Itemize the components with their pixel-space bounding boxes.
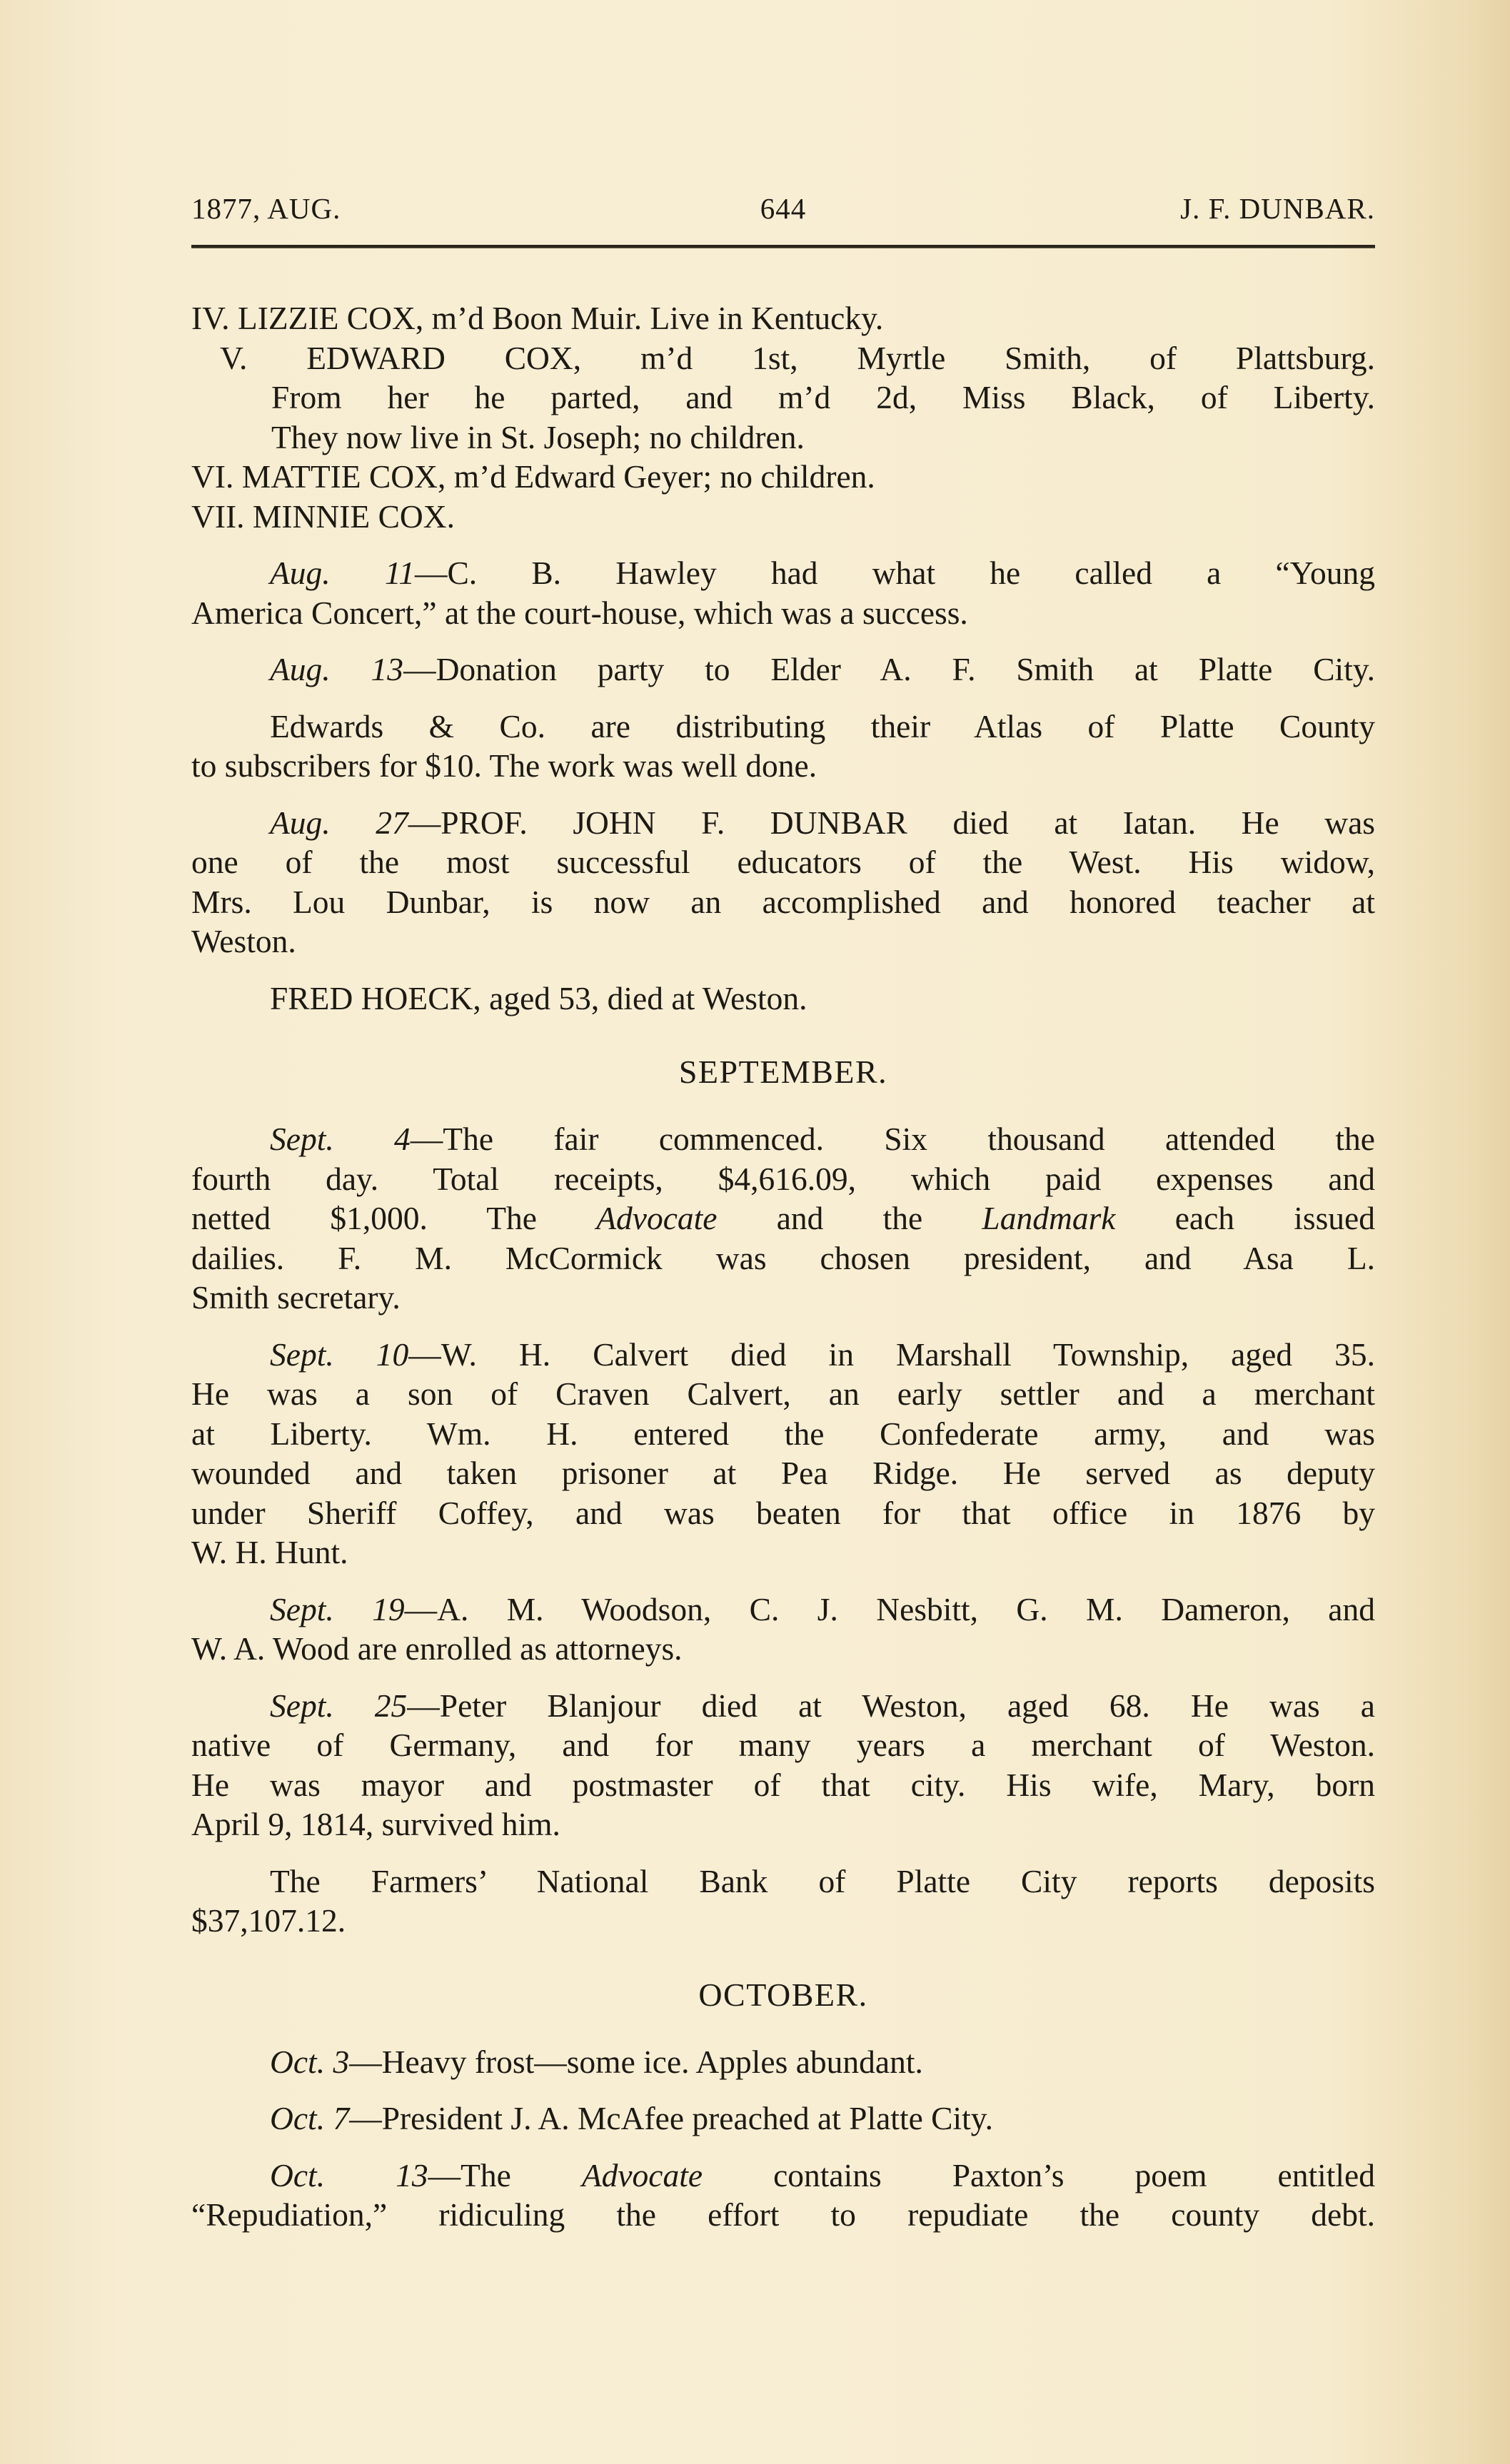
- spacer: [191, 1318, 1375, 1335]
- roman-numeral: VI.: [191, 458, 233, 495]
- entry-date: Sept. 19: [270, 1591, 405, 1627]
- entry-line: April 9, 1814, survived him.: [191, 1804, 1375, 1844]
- entry-line: netted $1,000. The Advocate and the Land…: [191, 1198, 1375, 1238]
- entry-date: Aug. 27: [270, 804, 408, 841]
- entry-line: Aug. 11—C. B. Hawley had what he called …: [191, 553, 1375, 593]
- entry-line: Sept. 10—W. H. Calvert died in Marshall …: [191, 1335, 1375, 1375]
- text-run: —The: [428, 2157, 582, 2193]
- entry-line: “Repudiation,” ridiculing the effort to …: [191, 2195, 1375, 2235]
- entry-line: Oct. 13—The Advocate contains Paxton’s p…: [191, 2156, 1375, 2196]
- entry-oct-7: Oct. 7—President J. A. McAfee preached a…: [191, 2099, 1375, 2139]
- entry-date: Sept. 4: [270, 1121, 411, 1157]
- entry-line: Oct. 7—President J. A. McAfee preached a…: [191, 2099, 1375, 2139]
- children-list: IV. LIZZIE COX, m’d Boon Muir. Live in K…: [191, 298, 1375, 536]
- entry-line: Aug. 27—PROF. JOHN F. DUNBAR died at Iat…: [191, 803, 1375, 843]
- entry-line: dailies. F. M. McCormick was chosen pres…: [191, 1238, 1375, 1278]
- text-run: netted $1,000. The: [191, 1200, 596, 1236]
- entry-line: Aug. 13—Donation party to Elder A. F. Sm…: [191, 650, 1375, 690]
- child-entry-iv: IV. LIZZIE COX, m’d Boon Muir. Live in K…: [191, 298, 1375, 338]
- spacer: [191, 1018, 1375, 1051]
- roman-numeral: IV.: [191, 300, 230, 336]
- entry-date: Aug. 13: [270, 651, 403, 687]
- entry-line: Sept. 19—A. M. Woodson, C. J. Nesbitt, G…: [191, 1590, 1375, 1630]
- entry-aug-27: Aug. 27—PROF. JOHN F. DUNBAR died at Iat…: [191, 803, 1375, 961]
- child-text: EDWARD COX, m’d 1st, Myrtle Smith, of Pl…: [306, 340, 1375, 376]
- entry-edwards-atlas: Edwards & Co. are distributing their Atl…: [191, 707, 1375, 786]
- roman-numeral: VII.: [191, 498, 245, 535]
- entry-line: He was a son of Craven Calvert, an early…: [191, 1374, 1375, 1414]
- entry-line: one of the most successful educators of …: [191, 842, 1375, 882]
- spacer: [191, 961, 1375, 979]
- entry-line: Weston.: [191, 922, 1375, 961]
- spacer: [191, 2139, 1375, 2156]
- child-entry-v: V. EDWARD COX, m’d 1st, Myrtle Smith, of…: [191, 338, 1375, 378]
- entry-text: —Donation party to Elder A. F. Smith at …: [403, 651, 1375, 687]
- entry-oct-13: Oct. 13—The Advocate contains Paxton’s p…: [191, 2156, 1375, 2235]
- spacer: [191, 2016, 1375, 2042]
- entry-line: W. H. Hunt.: [191, 1533, 1375, 1572]
- spacer: [191, 1844, 1375, 1862]
- child-entry-v-cont: From her he parted, and m’d 2d, Miss Bla…: [191, 378, 1375, 418]
- section-heading-september: SEPTEMBER.: [191, 1051, 1375, 1094]
- entry-line: Sept. 25—Peter Blanjour died at Weston, …: [191, 1686, 1375, 1726]
- entry-line: Edwards & Co. are distributing their Atl…: [191, 707, 1375, 747]
- entry-aug-11: Aug. 11—C. B. Hawley had what he called …: [191, 553, 1375, 632]
- entry-date: Oct. 7: [270, 2100, 349, 2136]
- entry-text: —Peter Blanjour died at Weston, aged 68.…: [407, 1687, 1375, 1724]
- running-head: 1877, AUG. 644 J. F. DUNBAR.: [191, 191, 1375, 234]
- section-heading-october: OCTOBER.: [191, 1974, 1375, 2016]
- entry-line: Oct. 3—Heavy frost—some ice. Apples abun…: [191, 2042, 1375, 2082]
- entry-line: fourth day. Total receipts, $4,616.09, w…: [191, 1159, 1375, 1199]
- entry-text: —A. M. Woodson, C. J. Nesbitt, G. M. Dam…: [405, 1591, 1375, 1627]
- entry-date: Sept. 25: [270, 1687, 407, 1724]
- spacer: [191, 1572, 1375, 1590]
- spacer: [191, 1094, 1375, 1119]
- newspaper-title: Advocate: [596, 1200, 717, 1236]
- entry-date: Oct. 13: [270, 2157, 428, 2193]
- spacer: [191, 632, 1375, 650]
- entry-line: Mrs. Lou Dunbar, is now an accomplished …: [191, 882, 1375, 922]
- entry-line: W. A. Wood are enrolled as attorneys.: [191, 1629, 1375, 1669]
- entry-date: Aug. 11: [270, 555, 415, 591]
- entry-text: —The fair commenced. Six thousand attend…: [411, 1121, 1375, 1157]
- spacer: [191, 1669, 1375, 1686]
- page-body: IV. LIZZIE COX, m’d Boon Muir. Live in K…: [191, 298, 1375, 2235]
- child-entry-vi: VI. MATTIE COX, m’d Edward Geyer; no chi…: [191, 457, 1375, 497]
- spacer: [191, 786, 1375, 803]
- entry-line: FRED HOECK, aged 53, died at Weston.: [191, 979, 1375, 1019]
- entry-line: wounded and taken prisoner at Pea Ridge.…: [191, 1453, 1375, 1493]
- newspaper-title: Advocate: [582, 2157, 703, 2193]
- entry-sept-4: Sept. 4—The fair commenced. Six thousand…: [191, 1119, 1375, 1318]
- entry-line: Smith secretary.: [191, 1278, 1375, 1318]
- entry-line: Sept. 4—The fair commenced. Six thousand…: [191, 1119, 1375, 1159]
- spacer: [191, 536, 1375, 553]
- child-text: MINNIE COX.: [253, 498, 455, 535]
- entry-fred-hoeck: FRED HOECK, aged 53, died at Weston.: [191, 979, 1375, 1019]
- spacer: [191, 690, 1375, 707]
- running-head-author: J. F. DUNBAR.: [1180, 191, 1375, 226]
- entry-sept-19: Sept. 19—A. M. Woodson, C. J. Nesbitt, G…: [191, 1590, 1375, 1669]
- entry-text: —W. H. Calvert died in Marshall Township…: [408, 1336, 1375, 1373]
- entry-text: —President J. A. McAfee preached at Plat…: [349, 2100, 993, 2136]
- child-text: MATTIE COX, m’d Edward Geyer; no childre…: [242, 458, 875, 495]
- entry-line: at Liberty. Wm. H. entered the Confedera…: [191, 1414, 1375, 1454]
- text-run: contains Paxton’s poem entitled: [703, 2157, 1375, 2193]
- entry-line: native of Germany, and for many years a …: [191, 1725, 1375, 1765]
- entry-aug-13: Aug. 13—Donation party to Elder A. F. Sm…: [191, 650, 1375, 690]
- entry-oct-3: Oct. 3—Heavy frost—some ice. Apples abun…: [191, 2042, 1375, 2082]
- entry-text: —Heavy frost—some ice. Apples abundant.: [349, 2044, 923, 2080]
- entry-line: America Concert,” at the court-house, wh…: [191, 593, 1375, 633]
- entry-date: Oct. 3: [270, 2044, 349, 2080]
- spacer: [191, 1941, 1375, 1974]
- entry-line: The Farmers’ National Bank of Platte Cit…: [191, 1862, 1375, 1902]
- entry-text: —C. B. Hawley had what he called a “Youn…: [415, 555, 1375, 591]
- entry-farmers-bank: The Farmers’ National Bank of Platte Cit…: [191, 1862, 1375, 1941]
- newspaper-title: Landmark: [982, 1200, 1115, 1236]
- entry-line: $37,107.12.: [191, 1901, 1375, 1941]
- entry-line: under Sheriff Coffey, and was beaten for…: [191, 1493, 1375, 1533]
- spacer: [191, 2081, 1375, 2099]
- child-text: LIZZIE COX, m’d Boon Muir. Live in Kentu…: [238, 300, 883, 336]
- child-entry-v-cont: They now live in St. Joseph; no children…: [191, 418, 1375, 458]
- header-rule: [191, 245, 1375, 248]
- entry-date: Sept. 10: [270, 1336, 408, 1373]
- text-run: each issued: [1115, 1200, 1375, 1236]
- entry-sept-10: Sept. 10—W. H. Calvert died in Marshall …: [191, 1335, 1375, 1572]
- child-entry-vii: VII. MINNIE COX.: [191, 497, 1375, 537]
- entry-line: to subscribers for $10. The work was wel…: [191, 746, 1375, 786]
- roman-numeral: V.: [220, 340, 247, 376]
- entry-sept-25: Sept. 25—Peter Blanjour died at Weston, …: [191, 1686, 1375, 1844]
- entry-text: —PROF. JOHN F. DUNBAR died at Iatan. He …: [408, 804, 1375, 841]
- entry-line: He was mayor and postmaster of that city…: [191, 1765, 1375, 1805]
- text-run: and the: [718, 1200, 982, 1236]
